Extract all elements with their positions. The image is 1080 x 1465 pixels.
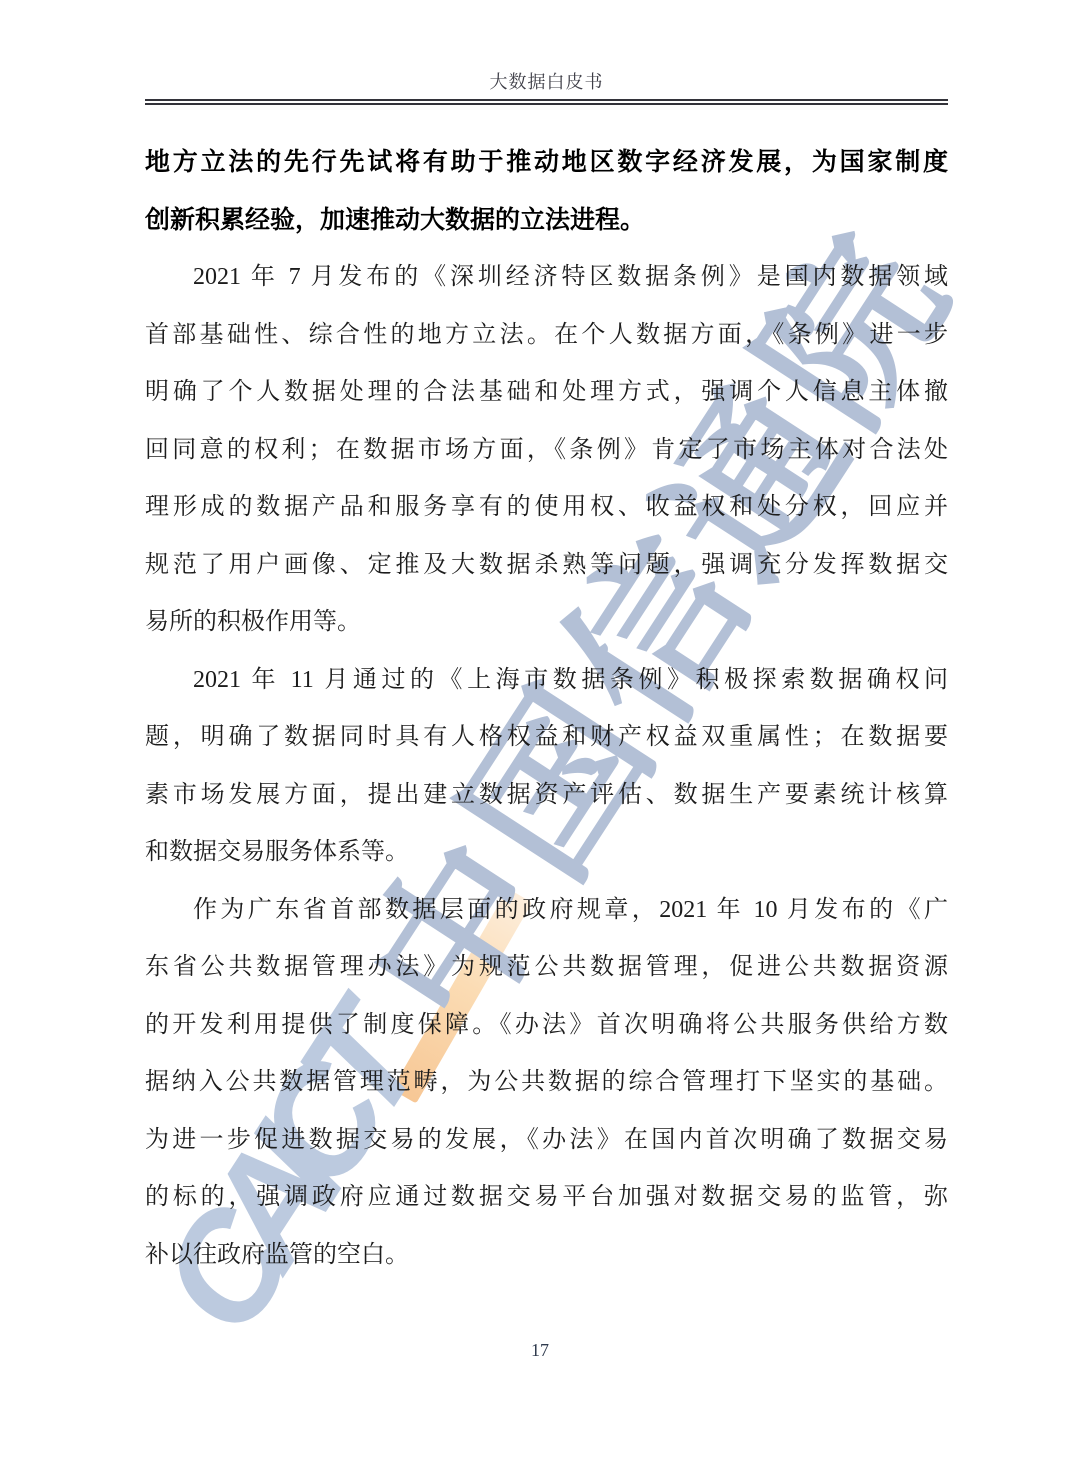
text-line: 易所的积极作用等。 bbox=[145, 594, 948, 652]
text-line: 2021 年 7 月发布的《深圳经济特区数据条例》是国内数据领域 bbox=[145, 249, 948, 307]
text-line: 的开发利用提供了制度保障。《办法》首次明确将公共服务供给方数 bbox=[145, 997, 948, 1055]
page-number: 17 bbox=[531, 1340, 549, 1360]
running-head-title: 大数据白皮书 bbox=[145, 68, 948, 96]
text-line: 地方立法的先行先试将有助于推动地区数字经济发展，为国家制度 bbox=[145, 134, 948, 192]
text-line: 首部基础性、综合性的地方立法。在个人数据方面，《条例》进一步 bbox=[145, 307, 948, 365]
text-line: 回同意的权利；在数据市场方面，《条例》肯定了市场主体对合法处 bbox=[145, 422, 948, 480]
text-line: 据纳入公共数据管理范畴，为公共数据的综合管理打下坚实的基础。 bbox=[145, 1054, 948, 1112]
text-line: 题，明确了数据同时具有人格权益和财产权益双重属性；在数据要 bbox=[145, 709, 948, 767]
page-footer: 17 bbox=[0, 1340, 1080, 1361]
text-line: 的标的，强调政府应通过数据交易平台加强对数据交易的监管，弥 bbox=[145, 1169, 948, 1227]
text-line: 明确了个人数据处理的合法基础和处理方式，强调个人信息主体撤 bbox=[145, 364, 948, 422]
text-line: 创新积累经验，加速推动大数据的立法进程。 bbox=[145, 192, 948, 250]
text-line: 2021 年 11 月通过的《上海市数据条例》积极探索数据确权问 bbox=[145, 652, 948, 710]
document-page: CAICT 中国信通院 大数据白皮书 地方立法的先行先试将有助于推动地区数字经济… bbox=[0, 0, 1080, 1465]
page-header: 大数据白皮书 bbox=[145, 68, 948, 105]
text-line: 东省公共数据管理办法》为规范公共数据管理，促进公共数据资源 bbox=[145, 939, 948, 997]
text-line: 素市场发展方面，提出建立数据资产评估、数据生产要素统计核算 bbox=[145, 767, 948, 825]
text-line: 为进一步促进数据交易的发展，《办法》在国内首次明确了数据交易 bbox=[145, 1112, 948, 1170]
text-line: 作为广东省首部数据层面的政府规章，2021 年 10 月发布的《广 bbox=[145, 882, 948, 940]
body-text: 地方立法的先行先试将有助于推动地区数字经济发展，为国家制度创新积累经验，加速推动… bbox=[145, 134, 948, 1284]
text-line: 理形成的数据产品和服务享有的使用权、收益权和处分权，回应并 bbox=[145, 479, 948, 537]
text-line: 和数据交易服务体系等。 bbox=[145, 824, 948, 882]
header-double-rule bbox=[145, 99, 948, 105]
text-line: 规范了用户画像、定推及大数据杀熟等问题，强调充分发挥数据交 bbox=[145, 537, 948, 595]
text-line: 补以往政府监管的空白。 bbox=[145, 1227, 948, 1285]
